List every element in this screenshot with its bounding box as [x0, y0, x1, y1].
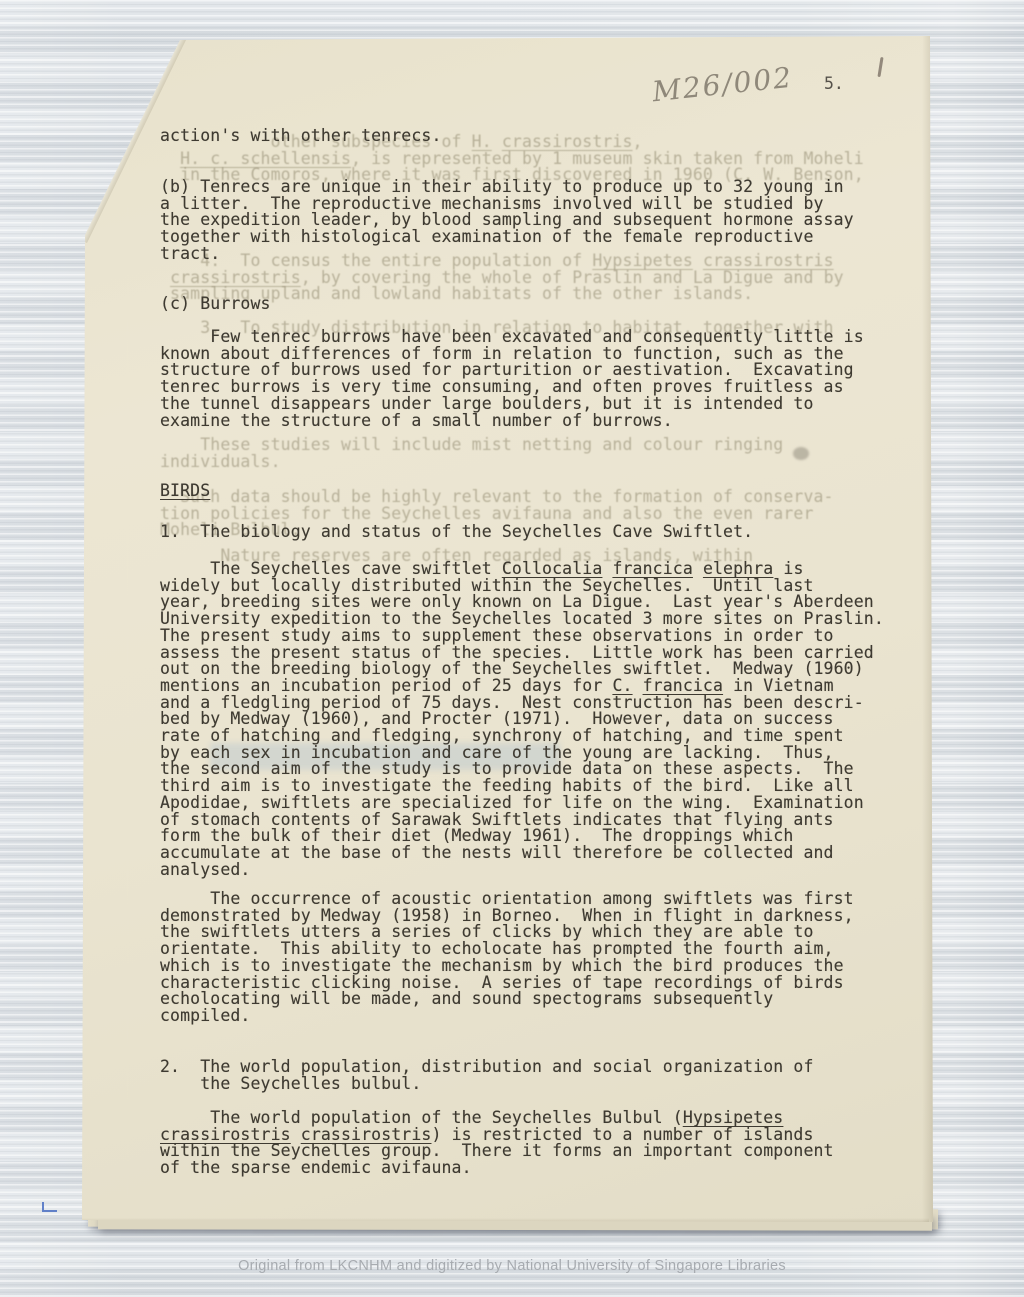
carryover-line: action's with other tenrecs.	[160, 128, 442, 145]
paragraph-burrows: Few tenrec burrows have been excavated a…	[160, 329, 864, 429]
ink-smudge	[793, 447, 809, 460]
page-content-layer: other subspecies of H. crassirostris, H.…	[0, 0, 1024, 1297]
scanned-document-view: other subspecies of H. crassirostris, H.…	[0, 0, 1024, 1297]
item-2-title: 2. The world population, distribution an…	[160, 1059, 814, 1092]
heading-burrows: (c) Burrows	[160, 296, 271, 313]
handwritten-reference-code: M26/002	[651, 61, 795, 109]
pencil-tick-mark	[877, 57, 883, 77]
bleedthrough-text: These studies will include mist netting …	[160, 437, 783, 470]
blue-corner-crop-mark	[42, 1202, 57, 1212]
digitization-credit: Original from LKCNHM and digitized by Na…	[0, 1258, 1024, 1274]
paragraph-tenrec-reproduction: (b) Tenrecs are unique in their ability …	[160, 179, 854, 263]
paragraph-swiftlet-biology: The Seychelles cave swiftlet Collocalia …	[160, 561, 884, 878]
heading-birds: BIRDS	[160, 483, 210, 500]
paragraph-acoustic-orientation: The occurrence of acoustic orientation a…	[160, 891, 854, 1025]
paragraph-bulbul: The world population of the Seychelles B…	[160, 1110, 834, 1177]
page-number: 5.	[824, 74, 844, 93]
item-1-title: 1. The biology and status of the Seychel…	[160, 524, 753, 541]
